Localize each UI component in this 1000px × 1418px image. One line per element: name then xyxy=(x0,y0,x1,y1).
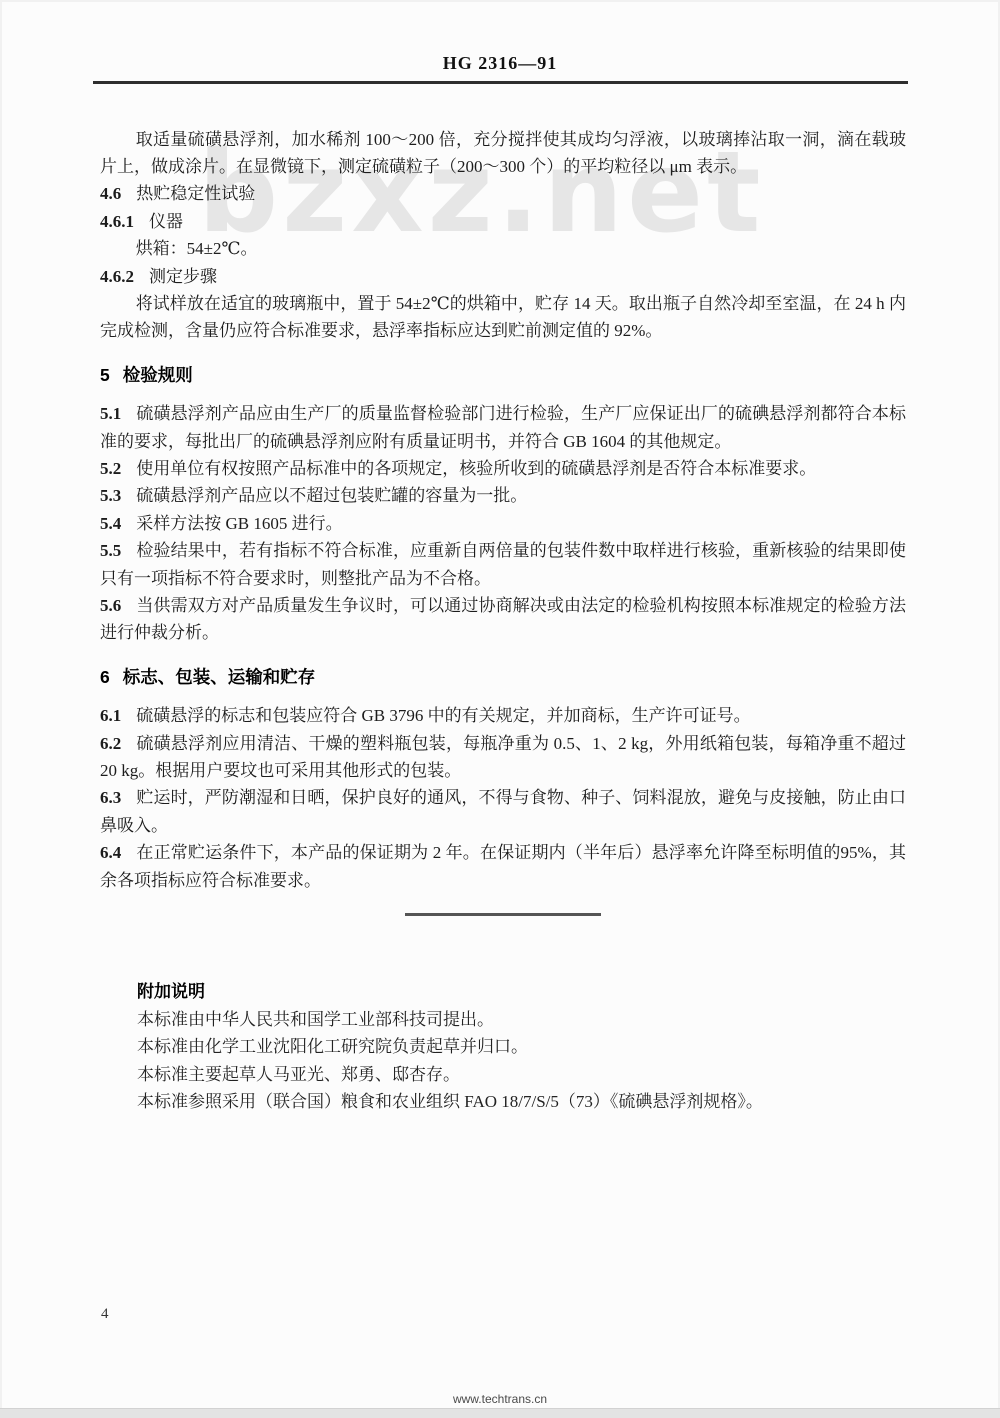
section-divider xyxy=(405,913,601,916)
clause: 6.4在正常贮运条件下，本产品的保证期为 2 年。在保证期内（半年后）悬浮率允许… xyxy=(100,839,906,894)
clause: 4.6.1仪器 xyxy=(100,208,906,235)
note-line: 本标准参照采用（联合国）粮食和农业组织 FAO 18/7/S/5（73）《硫碘悬… xyxy=(137,1088,906,1115)
clause-number: 6.2 xyxy=(100,734,136,753)
section-heading: 5检验规则 xyxy=(100,362,906,389)
clause-text: 硫磺悬浮剂产品应由生产厂的质量监督检验部门进行检验，生产厂应保证出厂的硫碘悬浮剂… xyxy=(100,404,906,450)
clause-text: 检验规则 xyxy=(123,365,193,385)
clause: 5.6当供需双方对产品质量发生争议时，可以通过协商解决或由法定的检验机构按照本标… xyxy=(100,592,906,647)
clause-text: 测定步骤 xyxy=(149,267,217,286)
clause-text: 使用单位有权按照产品标准中的各项规定，核验所收到的硫磺悬浮剂是否符合本标准要求。 xyxy=(136,459,816,478)
clause-text: 硫磺悬浮剂应用清洁、干燥的塑料瓶包装，每瓶净重为 0.5、1、2 kg，外用纸箱… xyxy=(100,734,906,780)
standard-number-title: HG 2316—91 xyxy=(0,52,1000,74)
note-line: 本标准由化学工业沈阳化工研究院负责起草并归口。 xyxy=(137,1033,906,1060)
footer-site-url: www.techtrans.cn xyxy=(0,1392,1000,1406)
clause-text: 硫磺悬浮的标志和包装应符合 GB 3796 中的有关规定，并加商标，生产许可证号… xyxy=(136,706,750,725)
note-line: 本标准由中华人民共和国学工业部科技司提出。 xyxy=(137,1006,906,1033)
document-page: bzxz.net HG 2316—91 取适量硫磺悬浮剂，加水稀剂 100～20… xyxy=(0,0,1000,1418)
clause: 6.2硫磺悬浮剂应用清洁、干燥的塑料瓶包装，每瓶净重为 0.5、1、2 kg，外… xyxy=(100,730,906,785)
header-rule xyxy=(93,81,908,84)
clause-text: 贮运时，严防潮湿和日晒，保护良好的通风，不得与食物、种子、饲料混放，避免与皮接触… xyxy=(100,788,906,834)
document-header: HG 2316—91 xyxy=(0,0,1000,74)
clause: 6.3贮运时，严防潮湿和日晒，保护良好的通风，不得与食物、种子、饲料混放，避免与… xyxy=(100,784,906,839)
note-title: 附加说明 xyxy=(137,978,906,1005)
clause: 6.1硫磺悬浮的标志和包装应符合 GB 3796 中的有关规定，并加商标，生产许… xyxy=(100,702,906,729)
clause-number: 5.5 xyxy=(100,541,136,560)
clause-text: 热贮稳定性试验 xyxy=(136,184,255,203)
clause-number: 5.3 xyxy=(100,486,136,505)
clause: 4.6.2测定步骤 xyxy=(100,263,906,290)
clause-text: 标志、包装、运输和贮存 xyxy=(123,667,316,687)
clause-text: 仪器 xyxy=(149,212,183,231)
clause-text: 检验结果中，若有指标不符合标准，应重新自两倍量的包装件数中取样进行核验，重新核验… xyxy=(100,541,906,587)
clause: 4.6热贮稳定性试验 xyxy=(100,180,906,207)
footer-bar xyxy=(0,1408,1000,1418)
clause-number: 5.4 xyxy=(100,514,136,533)
clause-number: 4.6 xyxy=(100,184,136,203)
clause: 5.2使用单位有权按照产品标准中的各项规定，核验所收到的硫磺悬浮剂是否符合本标准… xyxy=(100,455,906,482)
clause-text: 当供需双方对产品质量发生争议时，可以通过协商解决或由法定的检验机构按照本标准规定… xyxy=(100,596,906,642)
paragraph: 取适量硫磺悬浮剂，加水稀剂 100～200 倍，充分搅拌使其成均匀浮液，以玻璃捧… xyxy=(100,126,906,181)
clause-number: 6.4 xyxy=(100,843,136,862)
clause-number: 5.1 xyxy=(100,404,136,423)
note-line: 本标准主要起草人马亚光、郑勇、邸杏存。 xyxy=(137,1061,906,1088)
clause-number: 5.2 xyxy=(100,459,136,478)
paragraph: 烘箱：54±2℃。 xyxy=(100,235,906,262)
clause-number: 4.6.2 xyxy=(100,267,149,286)
clause: 5.4采样方法按 GB 1605 进行。 xyxy=(100,510,906,537)
page-number: 4 xyxy=(101,1306,109,1323)
document: HG 2316—91 取适量硫磺悬浮剂，加水稀剂 100～200 倍，充分搅拌使… xyxy=(0,0,1000,1116)
clause-number: 4.6.1 xyxy=(100,212,149,231)
clause-number: 6.3 xyxy=(100,788,136,807)
clause-number: 6 xyxy=(100,667,123,687)
section-heading: 6标志、包装、运输和贮存 xyxy=(100,664,906,691)
clause: 5.1硫磺悬浮剂产品应由生产厂的质量监督检验部门进行检验，生产厂应保证出厂的硫碘… xyxy=(100,400,906,455)
clause: 5.5检验结果中，若有指标不符合标准，应重新自两倍量的包装件数中取样进行核验，重… xyxy=(100,537,906,592)
clause-text: 采样方法按 GB 1605 进行。 xyxy=(136,514,342,533)
clause-number: 5 xyxy=(100,365,123,385)
clause-number: 6.1 xyxy=(100,706,136,725)
clause-text: 在正常贮运条件下，本产品的保证期为 2 年。在保证期内（半年后）悬浮率允许降至标… xyxy=(100,843,906,889)
paragraph: 将试样放在适宜的玻璃瓶中，置于 54±2℃的烘箱中，贮存 14 天。取出瓶子自然… xyxy=(100,290,906,345)
clause-text: 硫磺悬浮剂产品应以不超过包装贮罐的容量为一批。 xyxy=(136,486,527,505)
clause-number: 5.6 xyxy=(100,596,136,615)
clause: 5.3硫磺悬浮剂产品应以不超过包装贮罐的容量为一批。 xyxy=(100,482,906,509)
document-body: 取适量硫磺悬浮剂，加水稀剂 100～200 倍，充分搅拌使其成均匀浮液，以玻璃捧… xyxy=(100,126,906,1116)
